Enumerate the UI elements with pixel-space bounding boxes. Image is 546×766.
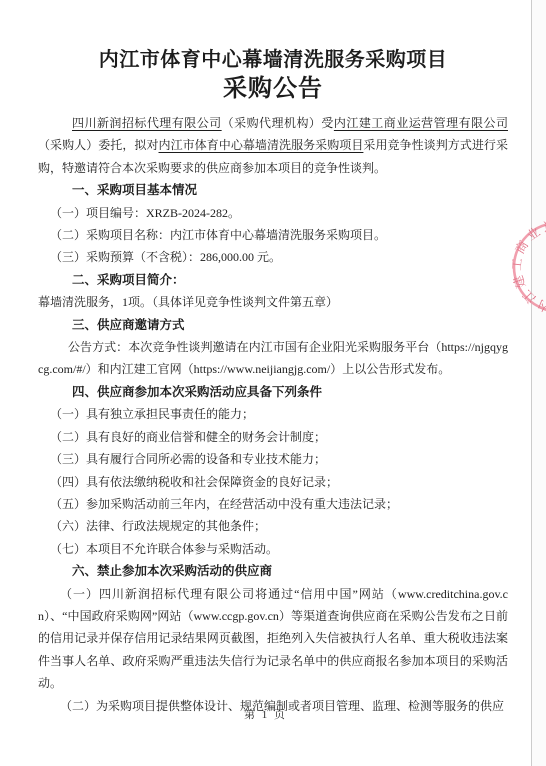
section-6-paragraph-1: （一）四川新润招标代理有限公司将通过“信用中国”网站（www.creditchi… (38, 583, 508, 695)
section-4-item-1: （一）具有独立承担民事责任的能力； (38, 403, 508, 425)
section-4-item-6: （六）法律、行政法规规定的其他条件； (38, 515, 508, 537)
section-3-heading: 三、供应商邀请方式 (38, 314, 508, 336)
intro-paragraph: 四川新润招标代理有限公司（采购代理机构）受内江建工商业运营管理有限公司（采购人）… (38, 112, 508, 179)
section-1-heading: 一、采购项目基本情况 (38, 179, 508, 201)
section-4-heading: 四、供应商参加本次采购活动应具备下列条件 (38, 381, 508, 403)
section-2-heading: 二、采购项目简介： (38, 269, 508, 291)
company-seal: 内江建工商业运营管理有限公司 (498, 207, 546, 327)
page-title: 内江市体育中心幕墙清洗服务采购项目 (38, 46, 508, 74)
agency-name: 四川新润招标代理有限公司 (72, 116, 222, 130)
section-4-item-2: （二）具有良好的商业信誉和健全的财务会计制度； (38, 426, 508, 448)
section-1-item-project-number: （一）项目编号：XRZB-2024-282。 (38, 202, 508, 224)
page-subtitle: 采购公告 (38, 74, 508, 105)
section-1-item-project-name: （二）采购项目名称：内江市体育中心幕墙清洗服务采购项目。 (38, 224, 508, 246)
section-4-item-3: （三）具有履行合同所必需的设备和专业技术能力； (38, 448, 508, 470)
section-4-item-7: （七）本项目不允许联合体参与采购活动。 (38, 538, 508, 560)
document-page: 内江市体育中心幕墙清洗服务采购项目 采购公告 四川新润招标代理有限公司（采购代理… (0, 0, 546, 766)
page-edge-background (532, 0, 546, 766)
intro-text-2: （采购人）委托，拟对 (38, 138, 159, 152)
intro-text-1: （采购代理机构）受 (222, 116, 334, 130)
company-seal-text: 内江建工商业运营管理有限公司 (498, 207, 546, 315)
page-edge-line (531, 0, 532, 766)
document-content: 内江市体育中心幕墙清洗服务采购项目 采购公告 四川新润招标代理有限公司（采购代理… (38, 46, 508, 717)
section-4-item-5: （五）参加采购活动前三年内，在经营活动中没有重大违法记录； (38, 493, 508, 515)
purchaser-name: 内江建工商业运营管理有限公司 (334, 116, 508, 130)
section-6-heading: 六、禁止参加本次采购活动的供应商 (38, 560, 508, 582)
project-name: 内江市体育中心幕墙清洗服务采购项目 (159, 138, 364, 152)
svg-text:内江建工商业运营管理有限公司: 内江建工商业运营管理有限公司 (498, 207, 546, 315)
section-2-body: 幕墙清洗服务，1项。（具体详见竞争性谈判文件第五章） (38, 291, 508, 313)
footer-page-number: 第 1 页 (0, 706, 531, 722)
section-1-item-budget: （三）采购预算（不含税）：286,000.00 元。 (38, 246, 508, 268)
section-3-body: 公告方式：本次竞争性谈判邀请在内江市国有企业阳光采购服务平台（https://n… (38, 336, 508, 381)
section-4-item-4: （四）具有依法缴纳税收和社会保障资金的良好记录； (38, 471, 508, 493)
